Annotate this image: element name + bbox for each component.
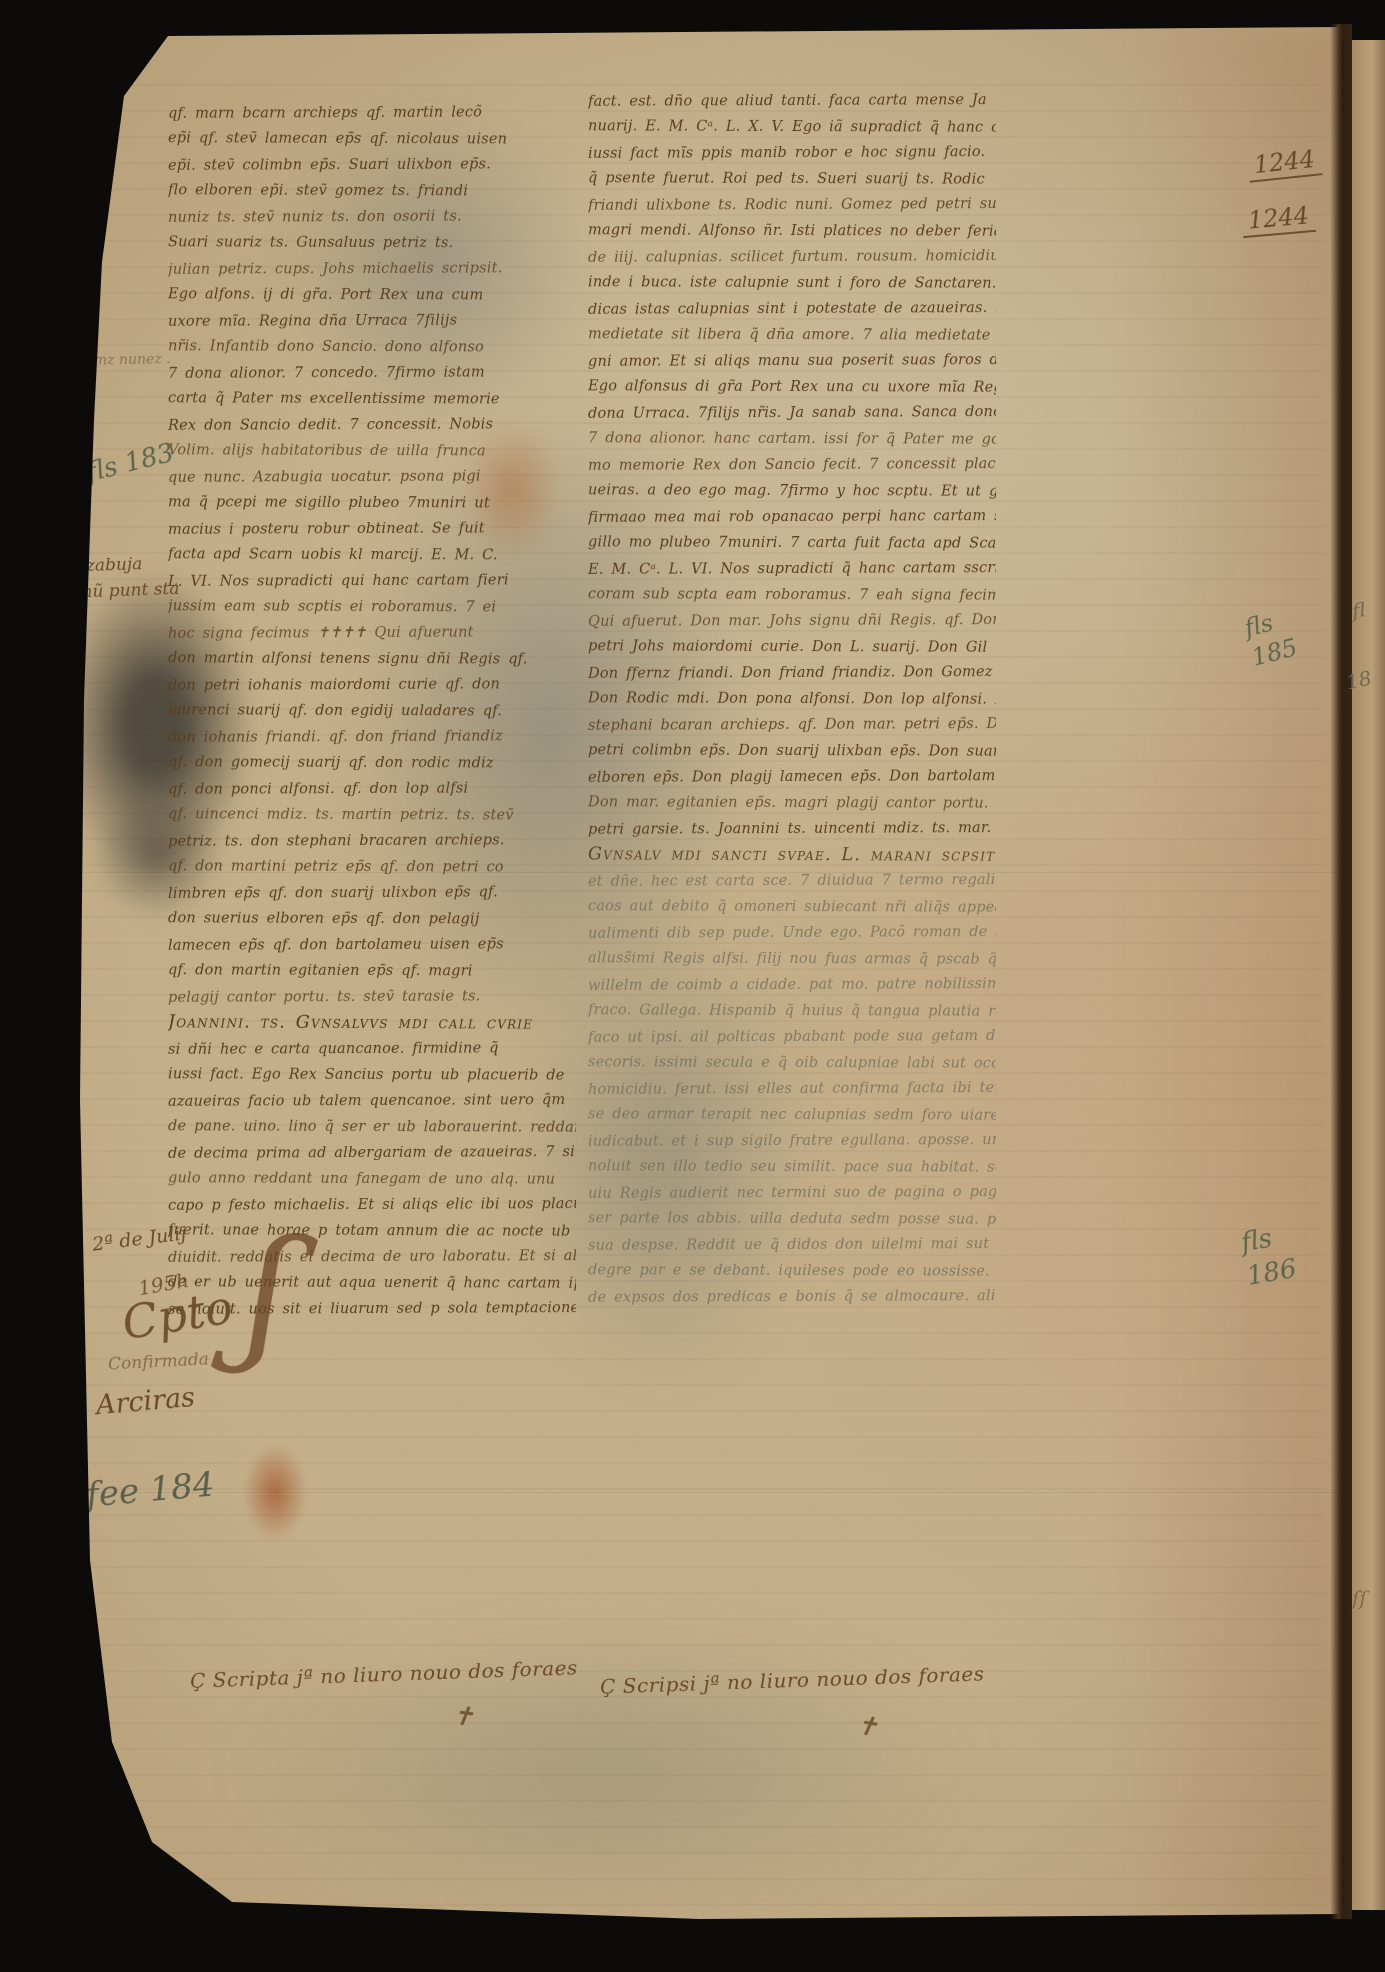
right-column-line: petri colimbn ep̃s. Don suarij ulixban e… [588, 737, 996, 764]
left-column-line: don iohanis friandi. qf. don friand fria… [168, 723, 576, 751]
right-column-line: iudicabut. et i sup sigilo fratre egulla… [588, 1127, 996, 1155]
right-column-line: degre par e se debant. iquileses pode eo… [588, 1257, 996, 1284]
cross-mark: ✝ [854, 1710, 881, 1743]
left-column-line: lamecen ep̃s qf. don bartolameu uisen ep… [168, 931, 576, 959]
left-column-line: laurenci suarij qf. don egidij ualadares… [168, 697, 576, 724]
right-column-line: petri Johs maiordomi curie. Don L. suari… [588, 633, 996, 660]
left-column-line: jussim eam sub scptis ei roboramus. 7 ei [168, 593, 576, 620]
left-column-line: qf. don ponci alfonsi. qf. don lop alfsi [168, 775, 576, 803]
left-column-line: hoc signa fecimus ✝✝✝✝ Qui afuerunt [168, 619, 576, 647]
left-column-line: Joannini. ts. Gvnsalvvs mdi call cvrie [168, 1009, 576, 1036]
margin-stamp-flourish: Cpto [118, 1280, 236, 1351]
right-column-line: Don mar. egitanien ep̃s. magri plagij ca… [588, 789, 996, 816]
gutter-fold [1330, 24, 1352, 1919]
left-column-line: qf. marn bcarn archieps qf. martin lecõ [168, 99, 576, 127]
right-column-line: ser parte los abbis. uilla deduta sedm p… [588, 1205, 996, 1232]
right-column-line: inde i buca. iste calupnie sunt i foro d… [588, 269, 996, 296]
right-column-line: Ego alfonsus di gr̃a Port Rex una cu uxo… [588, 373, 996, 400]
left-column-line: qf. don martini petriz ep̃s qf. don petr… [168, 853, 576, 880]
folio-number-185: fls 185 [1241, 603, 1300, 672]
left-column-line: que nunc. Azabugia uocatur. psona pigi [168, 463, 576, 491]
right-column-line: magri mendi. Alfonso ñr. Isti platices n… [588, 217, 996, 244]
left-column-line: facta apd Scarn uobis kl marcij. E. M. C… [168, 541, 576, 568]
folio-number-184: fee 184 [85, 1464, 217, 1515]
right-column-line: gni amor. Et si aliqs manu sua poserit s… [588, 347, 996, 375]
adjacent-folio-mark: ſſ [1352, 1586, 1367, 1610]
right-column-line: iussi fact mĩs ppis manib robor e hoc si… [588, 139, 996, 167]
left-column-line: azaueiras facio ub talem quencanoe. sint… [168, 1087, 576, 1115]
right-column-line: et dñe. hec est carta sce. 7 diuidua 7 t… [588, 867, 996, 895]
right-column-line: uiu Regis audierit nec termini suo de pa… [588, 1179, 996, 1207]
right-column-line: fact. est. dño que aliud tanti. faca car… [588, 87, 996, 115]
right-column-line: coram sub scpta eam roboramus. 7 eah sig… [588, 581, 996, 608]
left-column-line: capo p festo michaelis. Et si aliqs elic… [168, 1191, 576, 1219]
right-column-line: firmaao mea mai rob opanacao perpi hanc … [588, 503, 996, 531]
right-column-line: medietate sit libera q̃ dña amore. 7 ali… [588, 321, 996, 348]
left-column-line: macius i posteru robur obtineat. Se fuit [168, 515, 576, 543]
left-column-line: flo elboren ep̃i. steṽ gomez ts. friandi [168, 177, 576, 204]
left-column-line: ep̃i qf. steṽ lamecan ep̃s qf. nicolaus … [168, 125, 576, 152]
right-column-line: dicas istas calupnias sint i potestate d… [588, 295, 996, 323]
left-column-line: diuidit. reddatis ei decima de uro labor… [168, 1243, 576, 1271]
right-column-line: ualimenti dib sep pude. Unde ego. Pacõ r… [588, 919, 996, 947]
margin-confirm-note: Confirmada [108, 1349, 210, 1374]
right-column-line: faco ut ipsi. ail polticas pbabant pode … [588, 1023, 996, 1051]
left-column-line: carta q̃ Pater ms excellentissime memori… [168, 385, 576, 412]
right-column-line: noluit sen illo tedio seu similit. pace … [588, 1153, 996, 1180]
right-column-line: nuarij. E. M. Cᵃ. L. X. V. Ego iã suprad… [588, 113, 996, 140]
left-column-line: uxore mĩa. Regina dña Urraca 7filijs [168, 307, 576, 335]
right-column-line: se deo armar terapit nec calupnias sedm … [588, 1101, 996, 1128]
right-column-line: willelm de coimb a cidade. pat mo. patre… [588, 971, 996, 999]
right-column-line: E. M. Cᵃ. L. VI. Nos supradicti q̃ hanc … [588, 555, 996, 583]
right-column-line: elboren ep̃s. Don plagij lamecen ep̃s. D… [588, 763, 996, 791]
right-column-line: homicidiu. ferut. issi elles aut confirm… [588, 1075, 996, 1103]
gutter-shadow-tone [1120, 27, 1340, 1917]
left-column-line: pelagij cantor portu. ts. steṽ tarasie t… [168, 983, 576, 1011]
left-column-line: qf. don gomecij suarij qf. don rodic mdi… [168, 749, 576, 776]
left-column-line: julian petriz. cups. Johs michaelis scri… [168, 255, 576, 283]
cross-mark: ✝ [450, 1701, 476, 1734]
right-column-line: de expsos dos predicas e bonis q̃ se alm… [588, 1283, 996, 1311]
left-column-line: si dñi hec e carta quancanoe. firmidine … [168, 1035, 576, 1063]
left-column-line: don suerius elboren ep̃s qf. don pelagij [168, 905, 576, 932]
margin-azambuja-note: q̃ azabuja nenũ punt sta [59, 550, 180, 606]
left-column-line: iussi fact. Ego Rex Sancius portu ub pla… [168, 1061, 576, 1088]
right-column-line: petri garsie. ts. Joannini ts. uincenti … [588, 815, 996, 843]
right-column-line: secoris. issimi secula e q̃ oib calupnia… [588, 1049, 996, 1076]
rust-stain [243, 1445, 307, 1540]
left-column-line: ep̃i. steṽ colimbn ep̃s. Suari ulixbon e… [168, 151, 576, 179]
left-column-line: Ego alfons. ij di gr̃a. Port Rex una cum [168, 281, 576, 308]
right-column-line: de iiij. calupnias. scilicet furtum. rou… [588, 243, 996, 271]
right-column-line: Don ffernz friandi. Don friand friandiz.… [588, 659, 996, 687]
left-column-line: Rex don Sancio dedit. 7 concessit. Nobis [168, 411, 576, 439]
left-column-line: de pane. uino. lino q̃ ser er ub laborau… [168, 1113, 576, 1140]
left-column-line: 7 dona alionor. 7 concedo. 7firmo istam [168, 359, 576, 387]
right-column-line: dona Urraca. 7filijs nr̃is. Ja sanab san… [588, 399, 996, 427]
adjacent-folio-edge [1352, 40, 1385, 1910]
left-column-line: Suari suariz ts. Gunsaluus petriz ts. [168, 229, 576, 256]
folio-number-186: fls 186 [1238, 1218, 1299, 1294]
manuscript-photo: qf. marn bcarn archieps qf. martin lecõe… [0, 0, 1385, 1972]
year-annotation: 1244 [1241, 201, 1317, 238]
right-column-line: stephani bcaran archieps. qf. Don mar. p… [588, 711, 996, 739]
left-column-line: gulo anno reddant una fanegam de uno alq… [168, 1165, 576, 1192]
year-annotation: 1244 [1247, 144, 1323, 182]
right-column-line: fraco. Gallega. Hispanib q̃ huius q̃ tan… [588, 997, 996, 1024]
bottom-note-left: Ç Scripta jª no liuro nouo dos foraes [190, 1655, 578, 1693]
margin-scribe-note: fernz nunez . [78, 351, 171, 369]
left-column-line: limbren ep̃s qf. don suarij ulixbon ep̃s… [168, 879, 576, 907]
left-column-line: Volim. alijs habitatoribus de uilla frun… [168, 437, 576, 464]
left-column-line: de decima prima ad albergariam de azauei… [168, 1139, 576, 1167]
right-column-line: mo memorie Rex don Sancio fecit. 7 conce… [588, 451, 996, 479]
parchment-page: qf. marn bcarn archieps qf. martin lecõe… [0, 0, 1385, 1972]
left-column-line: nr̃is. Infantib dono Sancio. dono alfons… [168, 333, 576, 360]
left-column-line: nuniz ts. steṽ nuniz ts. don osorii ts. [168, 203, 576, 231]
right-column-line: alluss̃imi Regis alfsi. filij nou fuas a… [588, 945, 996, 972]
text-column-right: fact. est. dño que aliud tanti. faca car… [588, 88, 996, 1310]
left-column-line: ma q̃ pcepi me sigillo plubeo 7muniri ut [168, 489, 576, 516]
horizontal-crease [70, 1492, 1340, 1495]
right-column-line: ueiras. a deo ego mag. 7firmo y hoc scpt… [588, 477, 996, 504]
left-column-line: qf. uincenci mdiz. ts. martin petriz. ts… [168, 801, 576, 828]
left-column-line: L. VI. Nos supradicti qui hanc cartam fi… [168, 567, 576, 595]
right-column-line: gillo mo plubeo 7muniri. 7 carta fuit fa… [588, 529, 996, 556]
right-column-line: caos aut debito q̃ omoneri subiecant nr̃… [588, 893, 996, 920]
right-column-line: q̃ psente fuerut. Roi ped ts. Sueri suar… [588, 165, 996, 192]
folio-number-183: fls 183 [84, 438, 177, 489]
right-column-line: sua despse. Reddit ue q̃ didos don uilel… [588, 1231, 996, 1259]
left-column-line: petriz. ts. don stephani bracaren archie… [168, 827, 576, 855]
right-column-line: 7 dona alionor. hanc cartam. issi for q̃… [588, 425, 996, 452]
left-column-line: qf. don martin egitanien ep̃s qf. magri [168, 957, 576, 984]
left-column-line: fuerit. unae horae p totam annum die ac … [168, 1217, 576, 1244]
left-column-line: don martin alfonsi tenens signu dñi Regi… [168, 645, 576, 672]
right-column-line: friandi ulixbone ts. Rodic nuni. Gomez p… [588, 191, 996, 219]
text-column-left: qf. marn bcarn archieps qf. martin lecõe… [168, 100, 576, 1322]
margin-place-note: Arciras [95, 1382, 196, 1422]
bottom-note-right: Ç Scripsi jª no liuro nouo dos foraes [600, 1661, 985, 1698]
left-column-line: don petri iohanis maiordomi curie qf. do… [168, 671, 576, 699]
right-column-line: Gvnsalv mdi sancti svpae. L. marani scps… [588, 841, 996, 868]
right-column-line: Don Rodic mdi. Don pona alfonsi. Don lop… [588, 685, 996, 712]
right-column-line: Qui afuerut. Don mar. Johs signu dñi Reg… [588, 607, 996, 635]
